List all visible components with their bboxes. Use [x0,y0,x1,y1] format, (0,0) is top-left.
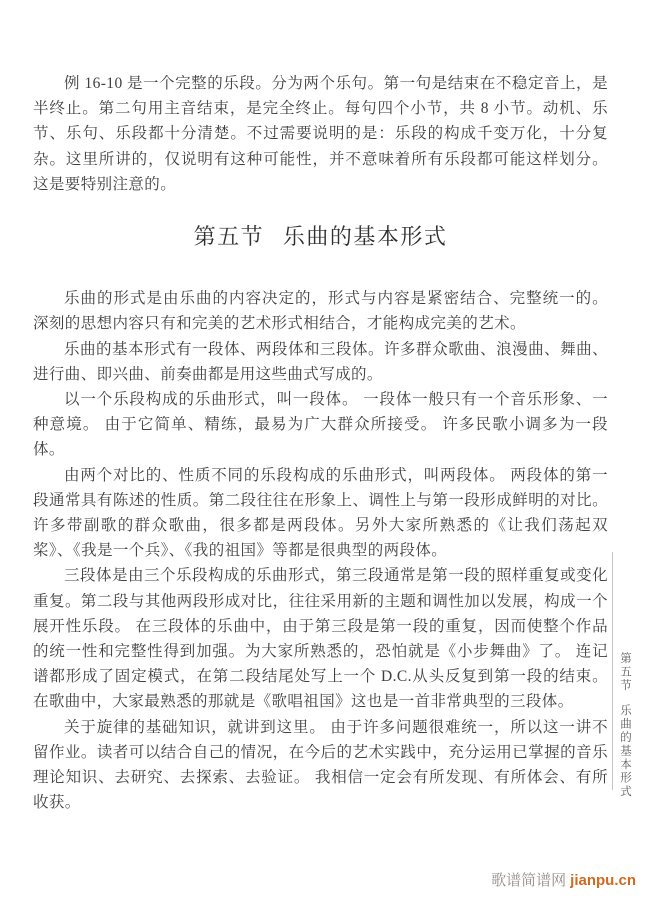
book-page: 例 16-10 是一个完整的乐段。分为两个乐句。第一句是结束在不稳定音上，是半终… [0,0,645,905]
body-paragraph: 关于旋律的基础知识，就讲到这里。 由于许多问题很难统一，所以这一讲不留作业。读者… [33,715,608,816]
body-paragraph: 以一个乐段构成的乐曲形式，叫一段体。 一段体一般只有一个音乐形象、一种意境。 由… [33,387,608,463]
margin-section-number: 第五节 [619,652,631,693]
body-paragraph: 乐曲的基本形式有一段体、两段体和三段体。许多群众歌曲、浪漫曲、舞曲、进行曲、即兴… [33,337,608,387]
section-number: 第五节 [194,224,265,249]
site-watermark: 歌谱简谱网jianpu.cn [491,869,636,890]
page-text-column: 例 16-10 是一个完整的乐段。分为两个乐句。第一句是结束在不稳定音上，是半终… [33,71,608,815]
watermark-site-url: jianpu.cn [570,872,636,889]
section-heading: 第五节乐曲的基本形式 [33,224,608,249]
body-paragraph: 乐曲的形式是由乐曲的内容决定的，形式与内容是紧密结合、完整统一的。 深刻的思想内… [33,286,608,336]
body-paragraph: 由两个对比的、性质不同的乐段构成的乐曲形式，叫两段体。 两段体的第一段通常具有陈… [33,463,608,564]
body-paragraph: 三段体是由三个乐段构成的乐曲形式，第三段通常是第一段的照样重复或变化重复。第二段… [33,563,608,714]
section-heading-title: 乐曲的基本形式 [283,224,448,249]
watermark-site-name: 歌谱简谱网 [491,873,566,889]
margin-section-label: 第五节乐曲的基本形式 [617,652,633,897]
margin-section-title: 乐曲的基本形式 [617,704,633,799]
lead-paragraph: 例 16-10 是一个完整的乐段。分为两个乐句。第一句是结束在不稳定音上，是半终… [33,71,608,197]
margin-divider-rule [612,552,613,790]
